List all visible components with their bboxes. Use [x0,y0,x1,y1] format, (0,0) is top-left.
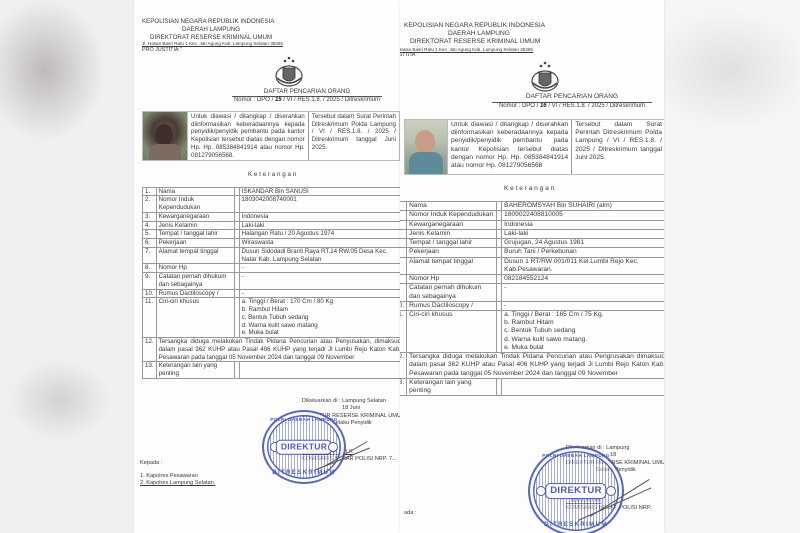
field-value: 082184552124 [502,275,664,284]
field-value: - [239,289,400,298]
field-label: Pekerjaan [407,248,497,257]
field-value: Dusun 1 RT/RW 001/011 Kel.Lumbi Rejo Kec… [502,257,664,274]
table-row: 10.Rumus Dactiloscopy /- [143,289,401,298]
row-number: 10. [143,289,157,298]
field-label: Rumus Dactiloscopy / [156,289,234,298]
field-label: Nomor Induk Kependudukan [156,196,234,213]
offense-description: Tersangka diduga melakukan Tindak Pidana… [407,353,664,379]
row-number: 1. [143,187,157,196]
table-row: 9.Catatan pernah dihukum dan sebagainya- [143,273,401,290]
table-row: 13.Keterangan lain yang penting [143,362,401,379]
table-row: 1.NamaBAHEROMSYAH Bin SUHAIRI (alm) [400,202,664,211]
field-value [239,362,400,379]
row-number: 2. [143,196,157,213]
row-number: 11. [143,298,157,338]
field-value: Laki-laki [502,229,664,238]
contact-notice: Untuk diawasi / ditangkap / diserahkan d… [447,120,571,174]
field-value: - [502,284,664,301]
offense-description: Tersangka diduga melakukan Tindak Pidana… [156,338,400,362]
table-row: 12.Tersangka diduga melakukan Tindak Pid… [143,338,401,362]
field-label: Keterangan lain yang penting [156,362,234,379]
row-number: 4. [143,221,157,230]
field-value: Laki-laki [239,221,400,230]
document-number: Nomor : DPO / 16 / VI / RES.1.8. / 2025 … [492,103,652,111]
document-number: Nomor : DPO / 15 / VI / RES.1.8. / 2025 … [232,97,382,105]
table-row: 6.PekerjaanWiraswasta [143,239,401,248]
row-number: 4. [400,229,407,238]
row-number: 5. [143,230,157,239]
field-label: Rumus Dactiloscopy / [407,301,497,310]
field-value: Wiraswasta [239,239,400,248]
characteristic-item: c. Bentuk Tubuh sedang [504,327,664,335]
row-number: 7. [143,247,157,264]
reference-note: Tersebut dalam Surat Perintah Ditreskrim… [308,112,399,160]
field-label: Catatan pernah dihukum dan sebagainya [156,273,234,290]
table-row: 11.Ciri-ciri khususa. Tinggi / Berat : 1… [400,310,664,352]
field-label: Alamat tempat tinggal [407,257,497,274]
table-row: 8.Nomor Hp082184552124 [400,275,664,284]
stamp-label: DIREKTUR [545,483,606,499]
header-line1: KEPOLISIAN NEGARA REPUBLIK INDONESIA [142,18,400,26]
field-label: Catatan pernah dihukum dan sebagainya [407,284,497,301]
characteristic-item: b. Rambut Hitam [242,306,400,314]
field-value: Indonesia [239,212,400,221]
table-row: 3.KewarganegaraanIndonesia [400,220,664,229]
row-number: 2. [400,211,407,220]
suspect-details-table: 1.NamaBAHEROMSYAH Bin SUHAIRI (alm)2.Nom… [400,201,664,396]
pro-justitia: JUSTITIA " [400,52,664,59]
header-line1: KEPOLISIAN NEGARA REPUBLIK INDONESIA [400,22,664,30]
field-label: Keterangan lain yang penting [407,378,497,395]
field-value [502,378,664,395]
field-label: Ciri-ciri khusus [407,310,497,352]
table-row: 9.Catatan pernah dihukum dan sebagainya- [400,284,664,301]
field-label: Pekerjaan [156,239,234,248]
pro-justitia: PRO JUSTITIA " [142,47,400,54]
characteristic-item: b. Rambut Hitam [504,319,664,327]
row-number: 1. [400,202,407,211]
row-number: 8. [143,264,157,273]
field-label: Jenis Kelamin [407,229,497,238]
table-row: 7.Alamat tempat tinggalDusun 1 RT/RW 001… [400,257,664,274]
official-stamp: POLRI DAERAH LAMPUNG DIREKTUR DITRESKRIM… [528,446,624,533]
dpo-document-2: KEPOLISIAN NEGARA REPUBLIK INDONESIA DAE… [400,0,664,533]
seal-icon [328,442,338,452]
header-line2: DAERAH LAMPUNG [142,26,400,34]
field-label: Kewarganegaraan [156,212,234,221]
row-number: 10. [400,301,407,310]
reference-note: Tersebut dalam Surat Perintah Ditreskrim… [571,120,664,174]
row-number: 7. [400,257,407,274]
row-number: 12. [400,353,407,379]
table-row: 4.Jenis KelaminLaki-laki [143,221,401,230]
row-number: 9. [400,284,407,301]
handwritten-number: 16 [540,103,547,109]
field-label: Nomor Hp [156,264,234,273]
official-stamp: POLRI DAERAH LAMPUNG DIREKTUR DITRESKRIM… [262,410,346,484]
header-line2: DAERAH LAMPUNG [400,30,664,38]
table-row: 6.PekerjaanBuruh Tani / Perkebunan [400,248,664,257]
field-value: 1803042008740001 [239,196,400,213]
field-label: Tempat / tanggal lahir [156,230,234,239]
row-number: 12. [143,338,157,362]
field-value: - [502,301,664,310]
contact-notice: Untuk diawasi / ditangkap / diserahkan d… [187,112,308,160]
document-title: DAFTAR PENCARIAN ORANG [492,93,652,103]
row-number: 9. [143,273,157,290]
field-label: Nama [407,202,497,211]
field-value: - [239,264,400,273]
header-line3: DIREKTORAT RESERSE KRIMINAL UMUM [400,38,664,46]
row-number: 13. [143,362,157,379]
table-row: 5.Tempat / tanggal lahirGrujugan, 24 Agu… [400,239,664,248]
row-number: 3. [143,212,157,221]
characteristic-item: d. Warna kulit sawo matang [242,322,400,330]
table-row: 2.Nomor Induk Kependudukan18090224088100… [400,211,664,220]
table-row: 7.Alamat tempat tinggalDusun Sidodadi Br… [143,247,401,264]
characteristic-item: a. Tinggi / Berat : 165 Cm / 75 Kg. [504,311,664,319]
section-title: Keterangan [400,185,664,193]
row-number: 8. [400,275,407,284]
header-line3: DIREKTORAT RESERSE KRIMINAL UMUM [142,34,400,42]
field-label: Nomor Induk Kependudukan [407,211,497,220]
letterhead: KEPOLISIAN NEGARA REPUBLIK INDONESIA DAE… [142,18,400,54]
seal-icon [606,486,616,496]
table-row: 10.Rumus Dactiloscopy /- [400,301,664,310]
row-number: 6. [400,248,407,257]
field-value: Grujugan, 24 Agustus 1981 [502,239,664,248]
characteristic-item: a. Tinggi / Berat : 170 Cm / 80 Kg [242,298,400,306]
row-number: 5. [400,239,407,248]
table-row: 13.Keterangan lain yang penting [400,378,664,395]
section-title: Keterangan [142,171,400,179]
row-number: 3. [400,220,407,229]
characteristic-item: c. Bentuk Tubuh sedang [242,314,400,322]
characteristic-item: e. Muka bulat [504,344,664,352]
recipients: Kepada : 1. Kapolres Pesawaran 2. Kapolr… [140,460,215,488]
field-value: Dusun Sidodadi Branti Raya RT.14 RW.05 D… [239,247,400,264]
police-emblem-icon [530,61,560,93]
table-row: 2.Nomor Induk Kependudukan18030420087400… [143,196,401,213]
table-row: 1.NamaISKANDAR Bin SANUSI [143,187,401,196]
table-row: 8.Nomor Hp- [143,264,401,273]
table-row: 12.Tersangka diduga melakukan Tindak Pid… [400,353,664,379]
field-value: 1809022408810005 [502,211,664,220]
handwritten-number: 15 [275,97,282,103]
dpo-document-1: KEPOLISIAN NEGARA REPUBLIK INDONESIA DAE… [134,0,400,533]
field-value: a. Tinggi / Berat : 165 Cm / 75 Kg.b. Ra… [502,310,664,352]
suspect-details-table: 1.NamaISKANDAR Bin SANUSI2.Nomor Induk K… [142,187,400,379]
field-value: Halangan Ratu / 20 Agustus 1974 [239,230,400,239]
field-value: - [239,273,400,290]
field-value: ISKANDAR Bin SANUSI [239,187,400,196]
document-title: DAFTAR PENCARIAN ORANG [232,88,382,98]
row-number: 6. [143,239,157,248]
field-value: BAHEROMSYAH Bin SUHAIRI (alm) [502,202,664,211]
table-row: 5.Tempat / tanggal lahirHalangan Ratu / … [143,230,401,239]
table-row: 11.Ciri-ciri khususa. Tinggi / Berat : 1… [143,298,401,338]
letterhead: KEPOLISIAN NEGARA REPUBLIK INDONESIA DAE… [400,22,664,59]
row-number: 13. [400,378,407,395]
field-label: Alamat tempat tinggal [156,247,234,264]
field-value: Buruh Tani / Perkebunan [502,248,664,257]
field-label: Nama [156,187,234,196]
field-label: Tempat / tanggal lahir [407,239,497,248]
recipients: ada : [404,510,416,518]
characteristic-item: d. Warna kulit sawo matang. [504,336,664,344]
table-row: 3.KewarganegaraanIndonesia [143,212,401,221]
field-value: Indonesia [502,220,664,229]
suspect-photo [405,120,447,174]
suspect-photo [143,112,187,160]
field-value: a. Tinggi / Berat : 170 Cm / 80 Kgb. Ram… [239,298,400,338]
field-label: Kewarganegaraan [407,220,497,229]
police-emblem-icon [274,56,304,88]
stamp-label: DIREKTUR [276,440,332,455]
field-label: Nomor Hp [407,275,497,284]
table-row: 4.Jenis KelaminLaki-laki [400,229,664,238]
row-number: 11. [400,310,407,352]
characteristic-item: e. Muka bulat [242,329,400,337]
field-label: Jenis Kelamin [156,221,234,230]
field-label: Ciri-ciri khusus [156,298,234,338]
